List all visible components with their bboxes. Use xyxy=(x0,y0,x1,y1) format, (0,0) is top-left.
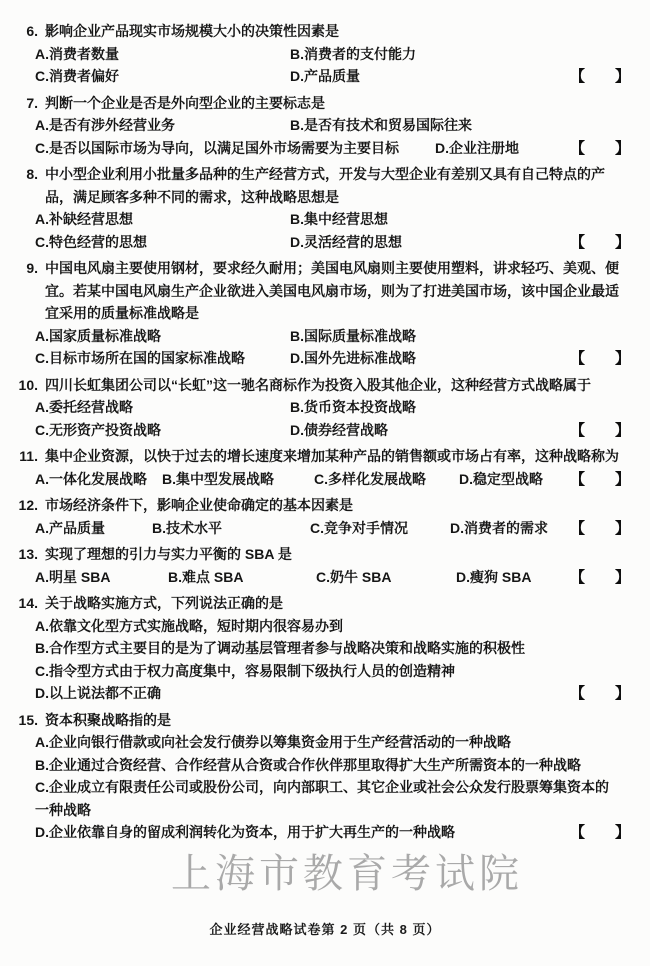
options-row: A.是否有涉外经营业务B.是否有技术和贸易国际往来 xyxy=(0,114,622,137)
options-row: D.企业依靠自身的留成利润转化为资本，用于扩大再生产的一种战略【 】 xyxy=(0,821,622,845)
options-row: A.一体化发展战略B.集中型发展战略C.多样化发展战略D.稳定型战略【 】 xyxy=(0,468,622,492)
option-d: D.瘦狗 SBA xyxy=(456,566,531,589)
option-d: D.企业依靠自身的留成利润转化为资本，用于扩大再生产的一种战略 xyxy=(35,821,455,844)
option-a: A.依靠文化型方式实施战略，短时期内很容易办到 xyxy=(0,615,622,638)
option-b: B.国际质量标准战略 xyxy=(290,325,416,348)
answer-brackets: 【 】 xyxy=(570,822,630,845)
option-d: D.国外先进标准战略 xyxy=(290,347,416,370)
option-b: B.技术水平 xyxy=(152,517,310,540)
question-stem: 7.判断一个企业是否是外向型企业的主要标志是 xyxy=(0,92,622,115)
option-c: C.奶牛 SBA xyxy=(316,566,456,589)
options-row: A.明星 SBAB.难点 SBAC.奶牛 SBAD.瘦狗 SBA【 】 xyxy=(0,566,622,590)
options-row: A.补缺经营思想B.集中经营思想 xyxy=(0,208,622,231)
option-c: C.企业成立有限责任公司或股份公司，向内部职工、其它企业或社会公众发行股票筹集资… xyxy=(0,776,622,821)
question-stem: 14.关于战略实施方式，下列说法正确的是 xyxy=(0,592,622,615)
option-c: C.多样化发展战略 xyxy=(314,468,459,491)
answer-brackets: 【 】 xyxy=(570,348,630,371)
options-row: C.消费者偏好D.产品质量【 】 xyxy=(0,65,622,89)
option-a: A.企业向银行借款或向社会发行债券以筹集资金用于生产经营活动的一种战略 xyxy=(0,731,622,754)
question-stem-text: 资本积聚战略指的是 xyxy=(45,712,171,728)
question-9: 9.中国电风扇主要使用钢材，要求经久耐用；美国电风扇则主要使用塑料，讲求轻巧、美… xyxy=(0,257,622,371)
option-a: A.委托经营战略 xyxy=(35,396,290,419)
option-b: B.难点 SBA xyxy=(168,566,316,589)
question-15: 15.资本积聚战略指的是 A.企业向银行借款或向社会发行债券以筹集资金用于生产经… xyxy=(0,709,622,845)
option-d: D.稳定型战略 xyxy=(459,468,543,491)
question-stem: 15.资本积聚战略指的是 xyxy=(0,709,622,732)
option-d: D.企业注册地 xyxy=(435,137,519,160)
option-a: A.一体化发展战略 xyxy=(35,468,162,491)
options-row: C.特色经营的思想D.灵活经营的思想【 】 xyxy=(0,231,622,255)
option-d: D.灵活经营的思想 xyxy=(290,231,402,254)
question-stem-text: 集中企业资源，以快于过去的增长速度来增加某种产品的销售额或市场占有率，这种战略称… xyxy=(45,448,619,464)
exam-page: 6.影响企业产品现实市场规模大小的决策性因素是 A.消费者数量B.消费者的支付能… xyxy=(0,0,650,966)
option-b: B.企业通过合资经营、合作经营从合资或合作伙伴那里取得扩大生产所需资本的一种战略 xyxy=(0,754,622,777)
question-6: 6.影响企业产品现实市场规模大小的决策性因素是 A.消费者数量B.消费者的支付能… xyxy=(0,20,622,89)
question-number: 7. xyxy=(0,92,45,115)
question-number: 8. xyxy=(0,163,45,186)
options-row: A.产品质量B.技术水平C.竞争对手情况D.消费者的需求【 】 xyxy=(0,517,622,541)
question-11: 11.集中企业资源，以快于过去的增长速度来增加某种产品的销售额或市场占有率，这种… xyxy=(0,445,622,491)
answer-brackets: 【 】 xyxy=(570,567,630,590)
option-c: C.消费者偏好 xyxy=(35,65,290,88)
answer-brackets: 【 】 xyxy=(570,420,630,443)
option-a: A.消费者数量 xyxy=(35,43,290,66)
question-stem: 6.影响企业产品现实市场规模大小的决策性因素是 xyxy=(0,20,622,43)
watermark-stamp: 上海市教育考试院 xyxy=(0,850,650,898)
option-a: A.国家质量标准战略 xyxy=(35,325,290,348)
question-stem-text: 四川长虹集团公司以“长虹”这一驰名商标作为投资入股其他企业，这种经营方式战略属于 xyxy=(45,377,591,393)
question-number: 14. xyxy=(0,592,45,615)
option-d: D.以上说法都不正确 xyxy=(35,682,161,705)
option-d: D.债券经营战略 xyxy=(290,419,388,442)
answer-brackets: 【 】 xyxy=(570,683,630,706)
question-stem: 10.四川长虹集团公司以“长虹”这一驰名商标作为投资入股其他企业，这种经营方式战… xyxy=(0,374,622,397)
question-stem-text: 影响企业产品现实市场规模大小的决策性因素是 xyxy=(45,23,339,39)
answer-brackets: 【 】 xyxy=(570,232,630,255)
options-row: A.委托经营战略B.货币资本投资战略 xyxy=(0,396,622,419)
option-d: D.产品质量 xyxy=(290,65,360,88)
option-b: B.是否有技术和贸易国际往来 xyxy=(290,114,472,137)
question-stem-text: 中国电风扇主要使用钢材，要求经久耐用；美国电风扇则主要使用塑料，讲求轻巧、美观、… xyxy=(45,260,619,321)
question-14: 14.关于战略实施方式，下列说法正确的是 A.依靠文化型方式实施战略，短时期内很… xyxy=(0,592,622,706)
question-number: 15. xyxy=(0,709,45,732)
option-d: D.消费者的需求 xyxy=(450,517,548,540)
answer-brackets: 【 】 xyxy=(570,138,630,161)
question-7: 7.判断一个企业是否是外向型企业的主要标志是 A.是否有涉外经营业务B.是否有技… xyxy=(0,92,622,161)
option-c: C.竞争对手情况 xyxy=(310,517,450,540)
option-a: A.产品质量 xyxy=(35,517,152,540)
option-c: C.无形资产投资战略 xyxy=(35,419,290,442)
options-row: C.目标市场所在国的国家标准战略D.国外先进标准战略【 】 xyxy=(0,347,622,371)
question-stem: 12.市场经济条件下，影响企业使命确定的基本因素是 xyxy=(0,494,622,517)
option-c: C.指令型方式由于权力高度集中，容易限制下级执行人员的创造精神 xyxy=(0,660,622,683)
question-number: 10. xyxy=(0,374,45,397)
option-c: C.特色经营的思想 xyxy=(35,231,290,254)
question-number: 6. xyxy=(0,20,45,43)
question-list: 6.影响企业产品现实市场规模大小的决策性因素是 A.消费者数量B.消费者的支付能… xyxy=(0,0,650,845)
option-b: B.集中型发展战略 xyxy=(162,468,314,491)
question-13: 13.实现了理想的引力与实力平衡的 SBA 是 A.明星 SBAB.难点 SBA… xyxy=(0,543,622,589)
question-stem: 11.集中企业资源，以快于过去的增长速度来增加某种产品的销售额或市场占有率，这种… xyxy=(0,445,622,468)
question-stem-text: 关于战略实施方式，下列说法正确的是 xyxy=(45,595,283,611)
option-b: B.消费者的支付能力 xyxy=(290,43,416,66)
question-stem-text: 市场经济条件下，影响企业使命确定的基本因素是 xyxy=(45,497,353,513)
option-a: A.是否有涉外经营业务 xyxy=(35,114,290,137)
question-number: 12. xyxy=(0,494,45,517)
answer-brackets: 【 】 xyxy=(570,518,630,541)
question-stem-text: 实现了理想的引力与实力平衡的 SBA 是 xyxy=(45,546,292,562)
options-row: A.国家质量标准战略B.国际质量标准战略 xyxy=(0,325,622,348)
question-stem: 13.实现了理想的引力与实力平衡的 SBA 是 xyxy=(0,543,622,566)
option-a: A.补缺经营思想 xyxy=(35,208,290,231)
options-row: D.以上说法都不正确【 】 xyxy=(0,682,622,706)
option-a: A.明星 SBA xyxy=(35,566,168,589)
options-row: C.无形资产投资战略D.债券经营战略【 】 xyxy=(0,419,622,443)
option-b: B.货币资本投资战略 xyxy=(290,396,416,419)
options-row: A.消费者数量B.消费者的支付能力 xyxy=(0,43,622,66)
option-c: C.是否以国际市场为导向，以满足国外市场需要为主要目标 xyxy=(35,137,435,160)
question-stem-text: 判断一个企业是否是外向型企业的主要标志是 xyxy=(45,95,325,111)
question-number: 9. xyxy=(0,257,45,280)
option-b: B.合作型方式主要目的是为了调动基层管理者参与战略决策和战略实施的积极性 xyxy=(0,637,622,660)
question-stem: 9.中国电风扇主要使用钢材，要求经久耐用；美国电风扇则主要使用塑料，讲求轻巧、美… xyxy=(0,257,622,325)
page-footer: 企业经营战略试卷第 2 页（共 8 页） xyxy=(0,919,650,942)
question-10: 10.四川长虹集团公司以“长虹”这一驰名商标作为投资入股其他企业，这种经营方式战… xyxy=(0,374,622,443)
question-number: 11. xyxy=(0,445,45,468)
question-number: 13. xyxy=(0,543,45,566)
option-c: C.目标市场所在国的国家标准战略 xyxy=(35,347,290,370)
question-stem-text: 中小型企业利用小批量多品种的生产经营方式，开发与大型企业有差别又具有自己特点的产… xyxy=(45,166,605,205)
option-b: B.集中经营思想 xyxy=(290,208,388,231)
options-row: C.是否以国际市场为导向，以满足国外市场需要为主要目标D.企业注册地【 】 xyxy=(0,137,622,161)
question-stem: 8.中小型企业利用小批量多品种的生产经营方式，开发与大型企业有差别又具有自己特点… xyxy=(0,163,622,208)
question-12: 12.市场经济条件下，影响企业使命确定的基本因素是 A.产品质量B.技术水平C.… xyxy=(0,494,622,540)
answer-brackets: 【 】 xyxy=(570,469,630,492)
answer-brackets: 【 】 xyxy=(570,66,630,89)
question-8: 8.中小型企业利用小批量多品种的生产经营方式，开发与大型企业有差别又具有自己特点… xyxy=(0,163,622,254)
